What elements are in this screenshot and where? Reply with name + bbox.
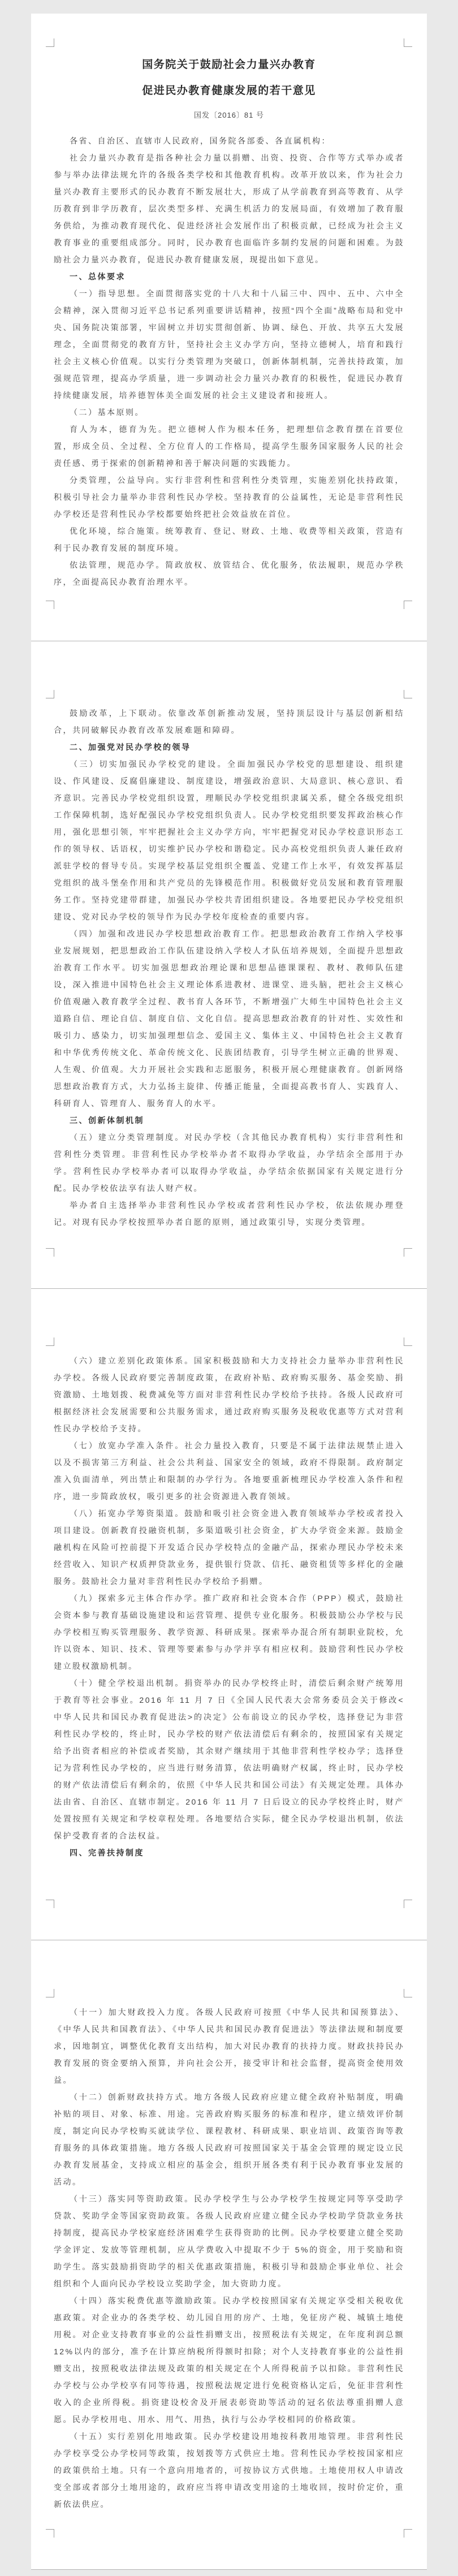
paragraph: （三）切实加强民办学校党的建设。全面加强民办学校党的思想建设、组织建设、作风建设… xyxy=(54,756,404,925)
crop-mark-top-right xyxy=(404,1337,412,1346)
paragraph: （十三）落实同等资助政策。民办学校学生与公办学校学生按规定同等享受助学贷款、奖助… xyxy=(54,2190,404,2292)
paragraph: （十五）实行差别化用地政策。民办学校建设用地按科教用地管理。非营利性民办学校享受… xyxy=(54,2428,404,2513)
doc-title-line1: 国务院关于鼓励社会力量兴办教育 xyxy=(54,52,404,78)
paragraph: （八）拓宽办学筹资渠道。鼓励和吸引社会资金进入教育领域举办学校或者投入项目建设。… xyxy=(54,1505,404,1590)
paragraph: 依法管理，规范办学。简政放权、放管结合、优化服务，依法履职，规范办学秩序，全面提… xyxy=(54,556,404,590)
page-1: 国务院关于鼓励社会力量兴办教育 促进民办教育健康发展的若干意见 国发〔2016〕… xyxy=(31,14,427,641)
paragraph: 优化环境，综合施策。统筹教育、登记、财政、土地、收费等相关政策，营造有利于民办教… xyxy=(54,523,404,556)
crop-mark-bottom-right xyxy=(404,1900,412,1908)
section-heading: 三、创新体制机制 xyxy=(54,1112,404,1129)
document-canvas: { "colors": { "canvas_bg": "#e9e9e9", "p… xyxy=(0,0,458,2576)
paragraph: （七）放宽办学准入条件。社会力量投入教育，只要是不属于法律法规禁止进入以及不损害… xyxy=(54,1437,404,1505)
paragraph: 育人为本，德育为先。把立德树人作为根本任务，把理想信念教育摆在首要位置，形成全员… xyxy=(54,421,404,472)
page-4: （十一）加大财政投入力度。各级人民政府可按照《中华人民共和国预算法》、《中华人民… xyxy=(31,1940,427,2570)
crop-mark-top-left xyxy=(46,690,54,698)
page-2: 鼓励改革，上下联动。依靠改革创新推动发展，坚持顶层设计与基层创新相结合，共同破解… xyxy=(31,641,427,1289)
page-4-blocks: （十一）加大财政投入力度。各级人民政府可按照《中华人民共和国预算法》、《中华人民… xyxy=(54,2004,404,2513)
crop-mark-bottom-right xyxy=(404,1248,412,1257)
crop-mark-bottom-left xyxy=(46,1248,54,1257)
crop-mark-top-left xyxy=(46,1337,54,1346)
paragraph: 鼓励改革，上下联动。依靠改革创新推动发展，坚持顶层设计与基层创新相结合，共同破解… xyxy=(54,705,404,739)
paragraph: 分类管理，公益导向。实行非营利性和营利性分类管理，实施差别化扶持政策，积极引导社… xyxy=(54,472,404,523)
doc-title-line2: 促进民办教育健康发展的若干意见 xyxy=(54,78,404,104)
page-2-blocks: 鼓励改革，上下联动。依靠改革创新推动发展，坚持顶层设计与基层创新相结合，共同破解… xyxy=(54,705,404,1231)
section-heading: 四、完善扶持制度 xyxy=(54,1844,404,1861)
paragraph: （六）建立差别化政策体系。国家积极鼓励和大力支持社会力量举办非营利性民办学校。各… xyxy=(54,1352,404,1437)
page-3: （六）建立差别化政策体系。国家积极鼓励和大力支持社会力量举办非营利性民办学校。各… xyxy=(31,1289,427,1940)
crop-mark-top-right xyxy=(404,690,412,698)
crop-mark-top-left xyxy=(46,1989,54,1997)
paragraph: 社会力量兴办教育是指各种社会力量以捐赠、出资、投资、合作等方式举办或者参与举办法… xyxy=(54,149,404,268)
paragraph: （十）健全学校退出机制。捐资举办的民办学校终止时，清偿后剩余财产统筹用于教育等社… xyxy=(54,1675,404,1844)
page-1-blocks: 各省、自治区、直辖市人民政府，国务院各部委、各直属机构：社会力量兴办教育是指各种… xyxy=(54,132,404,590)
paragraph: （五）建立分类管理制度。对民办学校（含其他民办教育机构）实行非营利性和营利性分类… xyxy=(54,1129,404,1197)
page-1-content: 国务院关于鼓励社会力量兴办教育 促进民办教育健康发展的若干意见 国发〔2016〕… xyxy=(54,14,404,590)
section-heading: 二、加强党对民办学校的领导 xyxy=(54,739,404,756)
page-3-content: （六）建立差别化政策体系。国家积极鼓励和大力支持社会力量举办非营利性民办学校。各… xyxy=(54,1289,404,1861)
paragraph: （十二）创新财政扶持方式。地方各级人民政府应建立健全政府补贴制度，明确补贴的项目… xyxy=(54,2089,404,2190)
page-2-content: 鼓励改革，上下联动。依靠改革创新推动发展，坚持顶层设计与基层创新相结合，共同破解… xyxy=(54,641,404,1231)
paragraph: 各省、自治区、直辖市人民政府，国务院各部委、各直属机构： xyxy=(54,132,404,149)
crop-mark-bottom-left xyxy=(46,2529,54,2538)
crop-mark-bottom-left xyxy=(46,601,54,609)
page-3-blocks: （六）建立差别化政策体系。国家积极鼓励和大力支持社会力量举办非营利性民办学校。各… xyxy=(54,1352,404,1861)
paragraph: （九）探索多元主体合作办学。推广政府和社会资本合作（PPP）模式，鼓励社会资本参… xyxy=(54,1590,404,1675)
crop-mark-top-left xyxy=(46,38,54,47)
crop-mark-top-right xyxy=(404,38,412,47)
crop-mark-top-right xyxy=(404,1989,412,1997)
crop-mark-bottom-right xyxy=(404,601,412,609)
doc-number: 国发〔2016〕81 号 xyxy=(54,107,404,123)
crop-mark-bottom-left xyxy=(46,1900,54,1908)
paragraph: 举办者自主选择举办非营利性民办学校或者营利性民办学校，依法依规办理登记。对现有民… xyxy=(54,1197,404,1231)
section-heading: 一、总体要求 xyxy=(54,268,404,285)
crop-mark-bottom-right xyxy=(404,2529,412,2538)
page-4-content: （十一）加大财政投入力度。各级人民政府可按照《中华人民共和国预算法》、《中华人民… xyxy=(54,1940,404,2513)
paragraph: （二）基本原则。 xyxy=(54,404,404,421)
paragraph: （四）加强和改进民办学校思想政治教育工作。把思想政治教育工作纳入学校事业发展规划… xyxy=(54,925,404,1112)
paragraph: （十一）加大财政投入力度。各级人民政府可按照《中华人民共和国预算法》、《中华人民… xyxy=(54,2004,404,2089)
paragraph: （十四）落实税费优惠等激励政策。民办学校按照国家有关规定享受相关税收优惠政策。对… xyxy=(54,2292,404,2428)
paragraph: （一）指导思想。全面贯彻落实党的十八大和十八届三中、四中、五中、六中全会精神，深… xyxy=(54,285,404,404)
